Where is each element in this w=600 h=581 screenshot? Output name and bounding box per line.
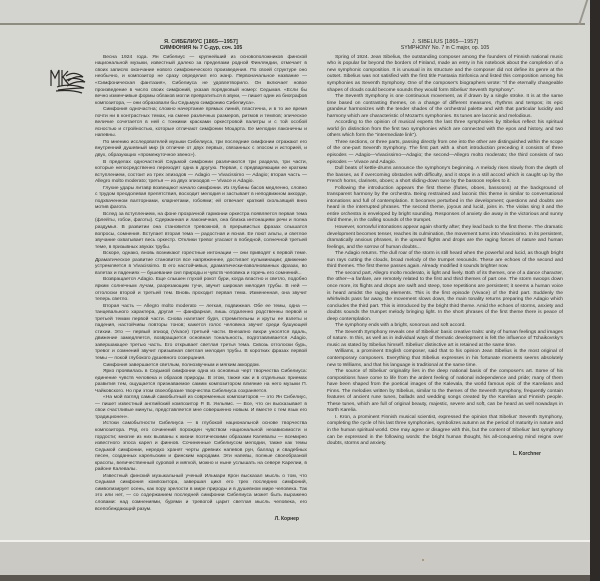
sleeve-top-flap — [0, 0, 600, 25]
paragraph: Симфония одночастна; сложно начертание п… — [95, 107, 307, 140]
paragraph: Three sections, or three parts, passing … — [327, 140, 563, 166]
paragraph: Вскоре, однако, вновь возникают горестны… — [95, 251, 307, 277]
paragraph: The Adagio returns. The dull roar of the… — [327, 251, 563, 271]
paragraph: The Seventh Symphony is one continuous m… — [327, 94, 563, 120]
paragraph: Spring of 1924. Jean Sibelius, the outst… — [327, 55, 563, 94]
sleeve-right-edge-shadow — [590, 0, 600, 581]
paragraph: В пределах одночастной Седьмой симфонии … — [95, 160, 307, 186]
background-surface — [0, 575, 600, 581]
paragraph: Вслед за вступлением, на фоне прозрачной… — [95, 212, 307, 251]
russian-liner-notes: Я. СИБЕЛИУС [1865—1957] СИМФОНИЯ № 7 С-д… — [95, 39, 307, 523]
english-work-title: SYMPHONY No. 7 in C major, op. 105 — [327, 45, 563, 51]
russian-work-title: СИМФОНИЯ № 7 С-дур, соч. 105 — [95, 45, 307, 51]
paragraph: The Seventh Symphony reveals one of Sibe… — [327, 330, 563, 350]
paragraph: However, sorrowful intonations appear ag… — [327, 225, 563, 251]
paragraph: The second part, Allegro molto moderato,… — [327, 271, 563, 323]
english-author-signature: L. Korchner — [327, 451, 563, 458]
paragraph: According to the opinion of musical expe… — [327, 120, 563, 140]
paragraph: Williams, a prominent English composer, … — [327, 349, 563, 369]
paragraph: Dull beats of kettle-drums announce the … — [327, 166, 563, 186]
paragraph: «На мой взгляд самый самобытный из совре… — [95, 395, 307, 421]
paragraph: Возвращается Adagio. Еще слышен глухой р… — [95, 277, 307, 303]
paragraph: The source of Sibelius' originality lies… — [327, 369, 563, 415]
paragraph: Глухие удары литавр возвещают начало сим… — [95, 186, 307, 212]
paragraph: Известный финский музыкальный ученый Иль… — [95, 474, 307, 513]
paragraph: Весна 1924 года. Ян Сибелиус — крупнейши… — [95, 55, 307, 107]
english-liner-notes: J. SIBELIUS [1865—1957] SYMPHONY No. 7 i… — [327, 39, 563, 457]
paragraph: Истоки самобытности Сибелиуса — в глубок… — [95, 421, 307, 473]
mk-publisher-logo-icon — [48, 64, 88, 98]
paragraph: Following the introduction appears the f… — [327, 186, 563, 225]
paragraph: Вторая часть — Allegro molto moderato — … — [95, 304, 307, 363]
russian-author-signature: Л. Корнер — [95, 516, 307, 523]
paragraph: I. Kron, a prominent Finnish musical sci… — [327, 415, 563, 448]
paragraph: Ярко проявилась в Седьмой симфонии одна … — [95, 369, 307, 395]
paragraph: По мнению исследователей музыки Сибелиус… — [95, 140, 307, 160]
paper-stain — [422, 559, 424, 561]
